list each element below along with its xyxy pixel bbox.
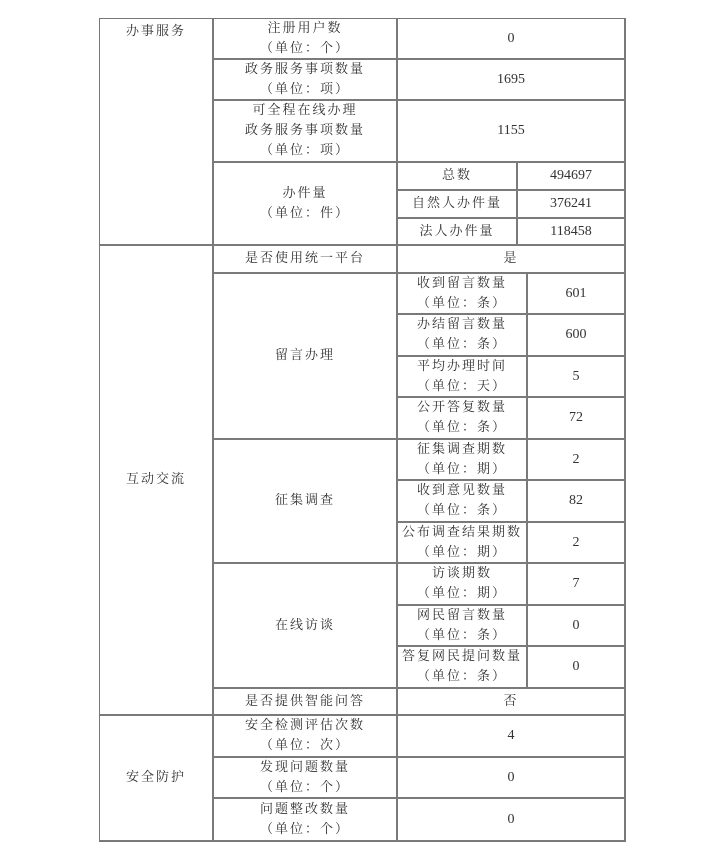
label-text: 征集调查期数 （单位：期） xyxy=(417,440,507,480)
sub-label-interview-replies: 答复网民提问数量 （单位：条） xyxy=(397,646,527,688)
label-text: 安全检测评估次数 （单位：次） xyxy=(245,716,365,756)
value-online-items: 1155 xyxy=(397,100,625,162)
value-text: 1695 xyxy=(497,70,525,90)
value-text: 494697 xyxy=(550,166,592,186)
sub-label-interview-periods: 访谈期数 （单位：期） xyxy=(397,563,527,605)
value-text: 600 xyxy=(566,325,587,345)
value-text: 7 xyxy=(573,574,580,594)
sub-label-cases-natural: 自然人办件量 xyxy=(397,190,517,218)
value-survey-opinions: 82 xyxy=(527,480,625,522)
sub-label-survey-periods: 征集调查期数 （单位：期） xyxy=(397,439,527,480)
section-label-interaction: 互动交流 xyxy=(99,245,213,715)
sub-label-survey-results: 公布调查结果期数 （单位：期） xyxy=(397,522,527,563)
row-label-issues-found: 发现问题数量 （单位：个） xyxy=(213,757,397,798)
value-survey-results: 2 xyxy=(527,522,625,563)
label-text: 办件量 （单位：件） xyxy=(260,184,350,224)
sub-label-cases-total: 总数 xyxy=(397,162,517,190)
value-cases-legal: 118458 xyxy=(517,218,625,245)
label-text: 访谈期数 （单位：期） xyxy=(417,564,507,604)
value-text: 72 xyxy=(569,408,583,428)
section-label-text: 互动交流 xyxy=(126,470,186,490)
section-label-security: 安全防护 xyxy=(99,715,213,841)
value-text: 5 xyxy=(573,367,580,387)
label-text: 公开答复数量 （单位：条） xyxy=(417,398,507,438)
label-text: 法人办件量 xyxy=(419,222,494,242)
value-text: 4 xyxy=(508,726,515,746)
sub-label-interview-messages: 网民留言数量 （单位：条） xyxy=(397,605,527,646)
sub-label-messages-received: 收到留言数量 （单位：条） xyxy=(397,273,527,314)
value-messages-public: 72 xyxy=(527,397,625,439)
value-unified-platform: 是 xyxy=(397,245,625,273)
label-text: 总数 xyxy=(442,166,472,186)
value-text: 否 xyxy=(503,692,518,712)
value-text: 82 xyxy=(569,491,583,511)
row-label-cases: 办件量 （单位：件） xyxy=(213,162,397,245)
value-text: 0 xyxy=(573,616,580,636)
row-label-service-items: 政务服务事项数量 （单位：项） xyxy=(213,59,397,100)
value-messages-received: 601 xyxy=(527,273,625,314)
group-label-interview: 在线访谈 xyxy=(213,563,397,688)
value-text: 118458 xyxy=(550,222,591,242)
label-text: 可全程在线办理 政务服务事项数量 （单位：项） xyxy=(245,101,365,161)
value-cases-natural: 376241 xyxy=(517,190,625,218)
section-label-text: 办事服务 xyxy=(126,22,186,42)
value-text: 2 xyxy=(573,533,580,553)
label-text: 征集调查 xyxy=(275,491,335,511)
label-text: 办结留言数量 （单位：条） xyxy=(417,315,507,355)
value-text: 2 xyxy=(573,450,580,470)
value-smart-qa: 否 xyxy=(397,688,625,715)
value-text: 0 xyxy=(508,810,515,830)
value-text: 0 xyxy=(508,29,515,49)
value-interview-messages: 0 xyxy=(527,605,625,646)
sub-label-survey-opinions: 收到意见数量 （单位：条） xyxy=(397,480,527,522)
row-label-smart-qa: 是否提供智能问答 xyxy=(213,688,397,715)
sub-label-messages-avg-time: 平均办理时间 （单位：天） xyxy=(397,356,527,397)
value-text: 0 xyxy=(508,768,515,788)
label-text: 政务服务事项数量 （单位：项） xyxy=(245,60,365,100)
value-text: 1155 xyxy=(497,121,524,141)
label-text: 发现问题数量 （单位：个） xyxy=(260,758,350,798)
row-label-unified-platform: 是否使用统一平台 xyxy=(213,245,397,273)
label-text: 在线访谈 xyxy=(275,616,335,636)
sub-label-messages-public: 公开答复数量 （单位：条） xyxy=(397,397,527,439)
value-cases-total: 494697 xyxy=(517,162,625,190)
row-label-online-items: 可全程在线办理 政务服务事项数量 （单位：项） xyxy=(213,100,397,162)
value-text: 是 xyxy=(503,249,518,269)
label-text: 答复网民提问数量 （单位：条） xyxy=(402,647,522,687)
value-security-checks: 4 xyxy=(397,715,625,757)
value-text: 601 xyxy=(566,284,587,304)
label-text: 网民留言数量 （单位：条） xyxy=(417,606,507,646)
label-text: 公布调查结果期数 （单位：期） xyxy=(402,523,522,563)
value-registered-users: 0 xyxy=(397,18,625,59)
label-text: 是否提供智能问答 xyxy=(245,692,365,712)
value-service-items: 1695 xyxy=(397,59,625,100)
value-text: 0 xyxy=(573,657,580,677)
value-messages-closed: 600 xyxy=(527,314,625,356)
label-text: 收到意见数量 （单位：条） xyxy=(417,481,507,521)
group-label-survey: 征集调查 xyxy=(213,439,397,563)
value-interview-replies: 0 xyxy=(527,646,625,688)
group-label-messages: 留言办理 xyxy=(213,273,397,439)
section-label-service: 办事服务 xyxy=(99,18,213,245)
sub-label-cases-legal: 法人办件量 xyxy=(397,218,517,245)
row-label-registered-users: 注册用户数 （单位：个） xyxy=(213,18,397,59)
value-issues-found: 0 xyxy=(397,757,625,798)
value-interview-periods: 7 xyxy=(527,563,625,605)
value-survey-periods: 2 xyxy=(527,439,625,480)
label-text: 平均办理时间 （单位：天） xyxy=(417,357,507,397)
section-label-text: 安全防护 xyxy=(126,768,186,788)
value-messages-avg-time: 5 xyxy=(527,356,625,397)
value-issues-fixed: 0 xyxy=(397,798,625,841)
label-text: 自然人办件量 xyxy=(412,194,502,214)
value-text: 376241 xyxy=(550,194,592,214)
row-label-security-checks: 安全检测评估次数 （单位：次） xyxy=(213,715,397,757)
label-text: 问题整改数量 （单位：个） xyxy=(260,800,350,840)
label-text: 注册用户数 （单位：个） xyxy=(260,19,350,59)
sub-label-messages-closed: 办结留言数量 （单位：条） xyxy=(397,314,527,356)
label-text: 收到留言数量 （单位：条） xyxy=(417,274,507,314)
label-text: 留言办理 xyxy=(275,346,335,366)
label-text: 是否使用统一平台 xyxy=(245,249,365,269)
row-label-issues-fixed: 问题整改数量 （单位：个） xyxy=(213,798,397,841)
